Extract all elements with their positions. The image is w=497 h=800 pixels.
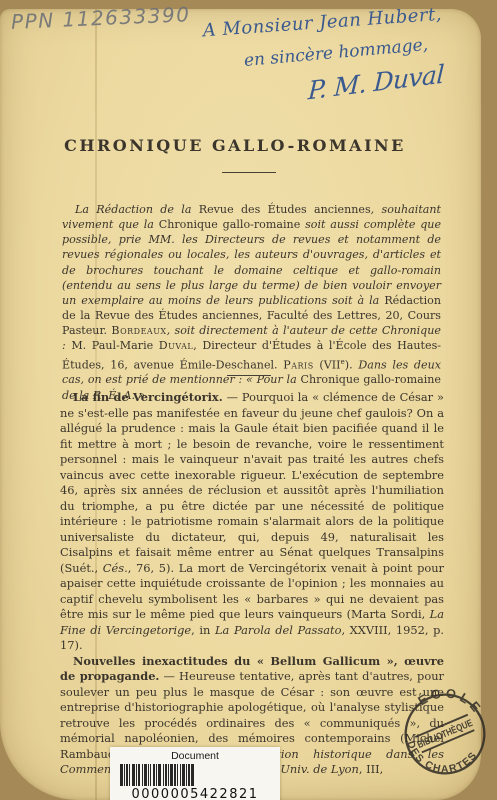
title-divider-rule [222, 172, 276, 173]
barcode-bars [120, 764, 270, 786]
handwritten-dedication: A Monsieur Jean Hubert, en sincère homma… [203, 4, 448, 111]
stamp-center-banner: BIBLIOTHÈQUE [414, 714, 475, 753]
barcode-label: Document [110, 750, 280, 762]
section-divider-rule [227, 375, 271, 376]
editorial-note-paragraph: La Rédaction de la Revue des Études anci… [62, 202, 441, 403]
barcode-number: 0000005422821 [110, 787, 280, 800]
scanned-page: PPN 112633390 A Monsieur Jean Hubert, en… [0, 0, 497, 800]
paragraph-vercingetorix: La fin de Vercingétorix. — Pourquoi la «… [60, 390, 444, 654]
library-stamp-icon: ÉCOLE DES CHARTES BIBLIOTHÈQUE [377, 666, 497, 800]
page-title: CHRONIQUE GALLO-ROMAINE [0, 136, 470, 155]
barcode-sticker: Document 0000005422821 [110, 747, 280, 800]
stamp-arc-top-text: ÉCOLE [413, 680, 489, 719]
article-body: La fin de Vercingétorix. — Pourquoi la «… [60, 390, 444, 778]
